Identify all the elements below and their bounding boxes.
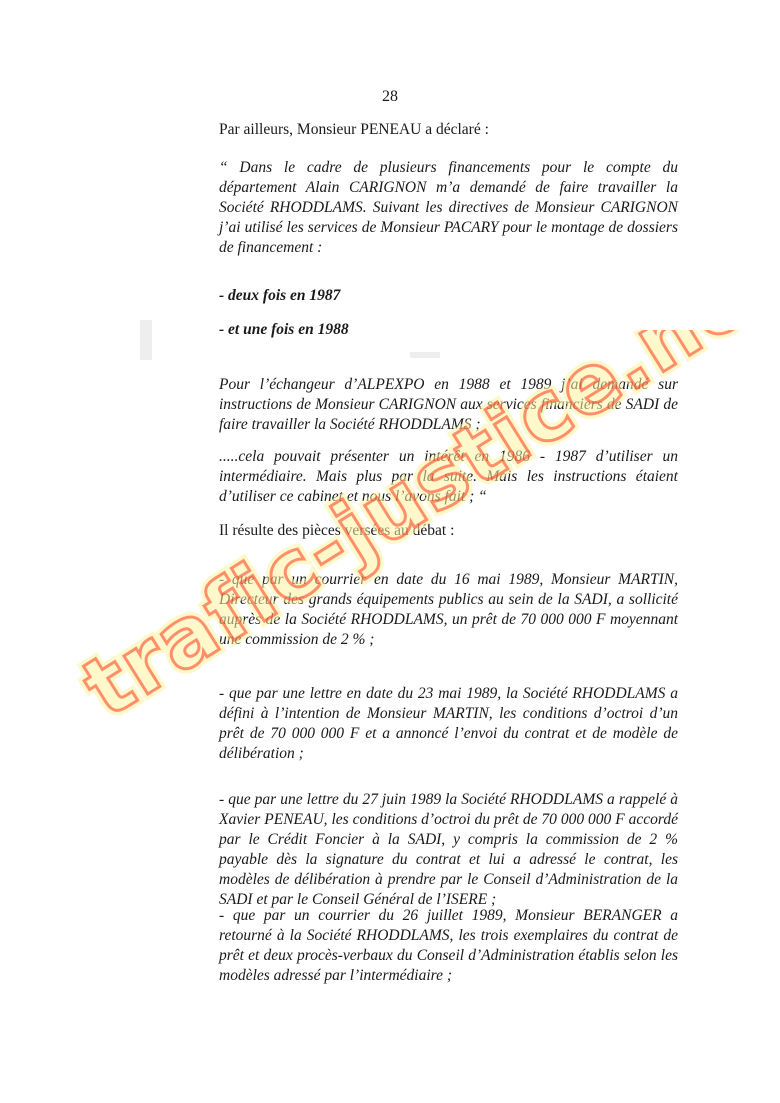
evidence-item-4: - que par un courrier du 26 juillet 1989… [219, 906, 678, 986]
result-intro: Il résulte des pièces versées au débat : [219, 521, 678, 541]
evidence-item-1: - que par un courrier en date du 16 mai … [219, 570, 678, 650]
scan-smudge [410, 352, 440, 358]
intro-paragraph: Par ailleurs, Monsieur PENEAU a déclaré … [219, 120, 678, 140]
quote-paragraph-3: .....cela pouvait présenter un intérêt e… [219, 447, 678, 507]
list-item-1987: - deux fois en 1987 [219, 286, 678, 306]
quote-paragraph-1: “ Dans le cadre de plusieurs financement… [219, 158, 678, 258]
scan-smudge [140, 320, 152, 360]
quote-paragraph-2: Pour l’échangeur d’ALPEXPO en 1988 et 19… [219, 375, 678, 435]
evidence-item-2: - que par une lettre en date du 23 mai 1… [219, 684, 678, 764]
evidence-item-3: - que par une lettre du 27 juin 1989 la … [219, 790, 678, 910]
list-item-1988: - et une fois en 1988 [219, 320, 678, 340]
page-number: 28 [0, 88, 780, 106]
